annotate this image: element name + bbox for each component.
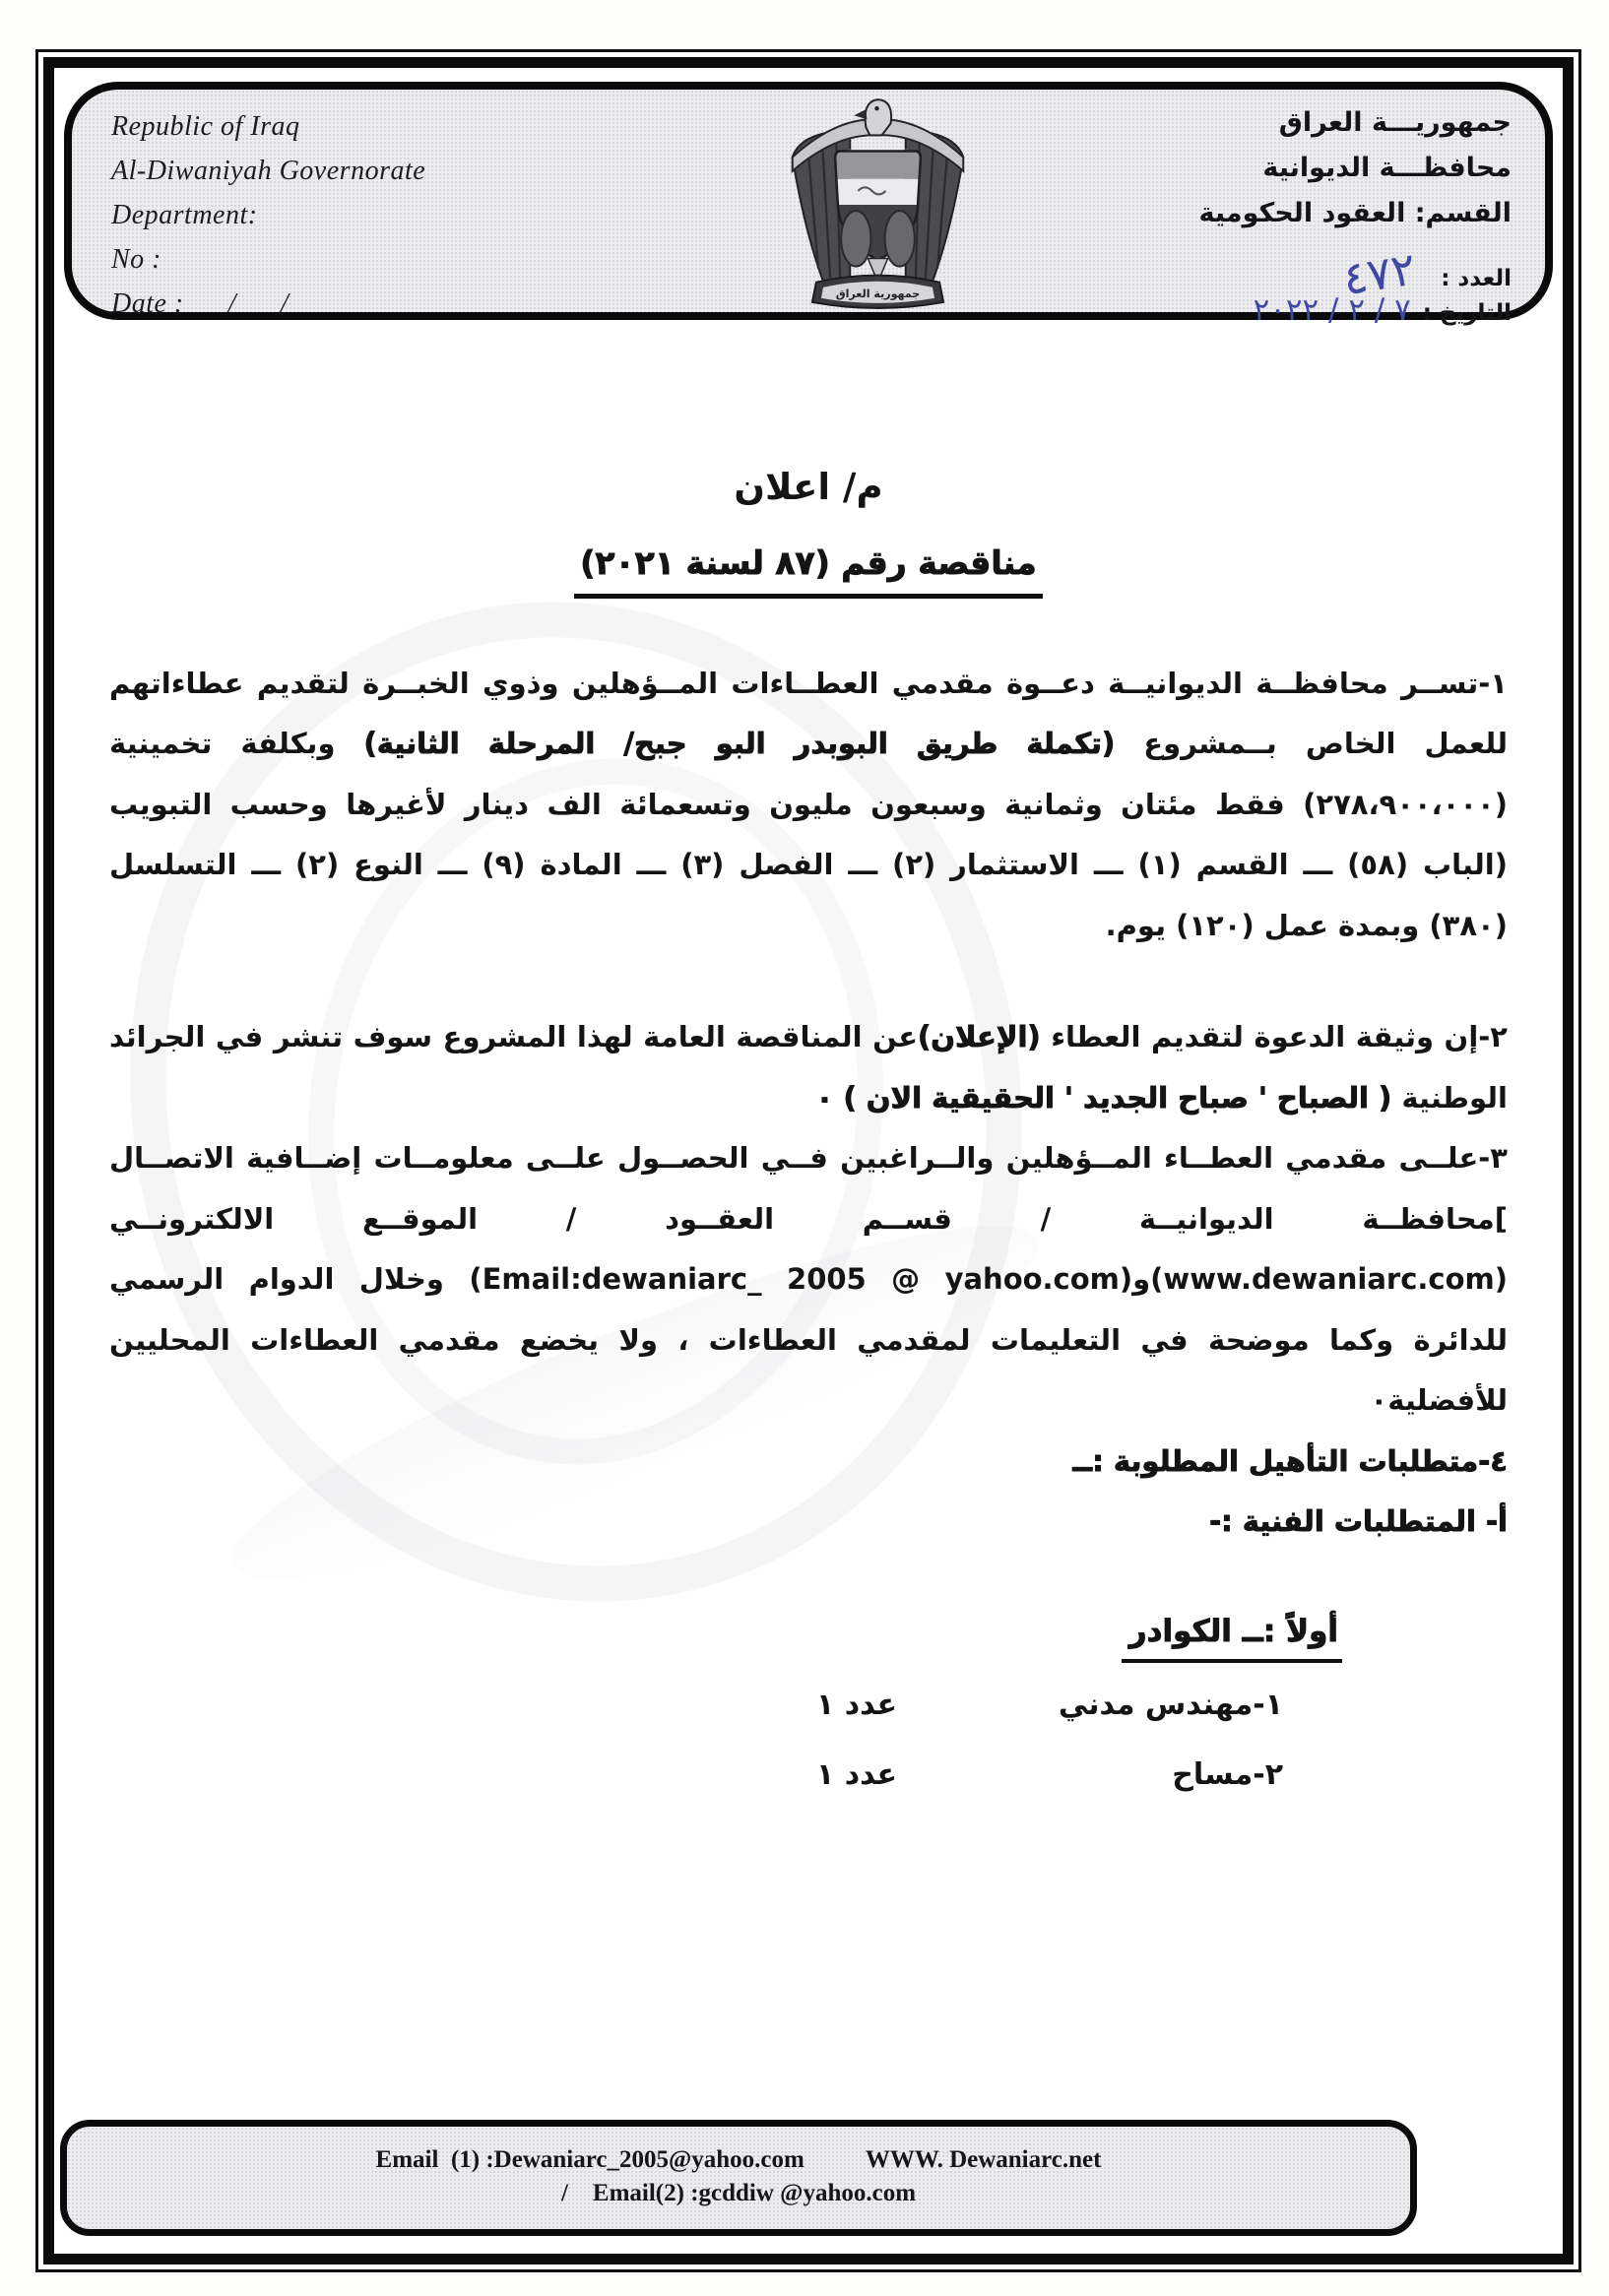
cadre-count: عدد ١ xyxy=(816,1677,897,1733)
document-body: م/ اعلان مناقصة رقم (٨٧ لسنة ٢٠٢١) ١-تسـ… xyxy=(54,466,1563,1803)
document-date-line: التاريخ :٧ / ٢ / ٢٠٢٢ xyxy=(984,292,1512,336)
outer-frame: Republic of Iraq Al-Diwaniyah Governorat… xyxy=(35,49,1581,2272)
paragraph-2: ٢-إن وثيقة الدعوة لتقديم العطاء (الإعلان… xyxy=(109,1007,1508,1128)
footer-email-1: Email (1) :Dewaniarc_2005@yahoo.com xyxy=(376,2146,804,2173)
letterhead-box: Republic of Iraq Al-Diwaniyah Governorat… xyxy=(64,82,1553,320)
letterhead-country-ar: جمهوريـــة العراق xyxy=(984,107,1512,138)
iraq-eagle-emblem: جمهورية العراق xyxy=(777,92,979,316)
letterhead-country-en: Republic of Iraq xyxy=(111,111,772,143)
document-number-line: العدد :٤٧٢ xyxy=(984,243,1512,287)
paragraph-3: ٣-علــى مقدمي العطــاء المــؤهلين والــر… xyxy=(109,1128,1508,1431)
scanned-document-page: Republic of Iraq Al-Diwaniyah Governorat… xyxy=(0,0,1609,2296)
technical-requirements-line: أ- المتطلبات الفنية :- xyxy=(109,1492,1508,1552)
cadre-row: ١-مهندس مدني عدد ١ xyxy=(109,1677,1508,1733)
handwritten-document-number: ٤٧٢ xyxy=(1339,241,1420,305)
paragraph-1: ١-تســر محافظــة الديوانيــة دعــوة مقدم… xyxy=(109,654,1508,956)
cadres-heading-wrap: أولاً :ــ الكوادر xyxy=(109,1614,1508,1663)
footer-gap xyxy=(804,2146,866,2173)
text-segment: ‎(Email:dewaniarc_ 2005 @ yahoo.com)‎ xyxy=(469,1262,1132,1296)
text-segment: (تكملة طريق البوبدر البو جبح/ المرحلة ال… xyxy=(364,727,1116,760)
text-segment: و xyxy=(1132,1262,1150,1296)
text-segment: ٣-علــى مقدمي العطــاء المــؤهلين والــر… xyxy=(109,1141,1508,1235)
footer-line-2: / Email(2) :gcddiw @yahoo.com xyxy=(87,2180,1390,2207)
cadres-heading: أولاً :ــ الكوادر xyxy=(1122,1614,1342,1663)
document-date-label: التاريخ : xyxy=(1423,300,1512,326)
letterhead-date-en: Date : / / xyxy=(111,288,772,320)
letterhead-number-en: No : xyxy=(111,244,772,276)
footer-box: Email (1) :Dewaniarc_2005@yahoo.com WWW.… xyxy=(60,2120,1417,2236)
arabic-letterhead: جمهوريـــة العراق محافظـــة الديوانية ال… xyxy=(984,105,1512,302)
english-letterhead: Republic of Iraq Al-Diwaniyah Governorat… xyxy=(111,105,772,302)
cadre-role: ١-مهندس مدني xyxy=(897,1677,1283,1733)
footer-website: WWW. Dewaniarc.net xyxy=(866,2146,1102,2173)
tender-line-wrap: مناقصة رقم (٨٧ لسنة ٢٠٢١) xyxy=(109,543,1508,599)
inner-frame: Republic of Iraq Al-Diwaniyah Governorat… xyxy=(43,57,1574,2264)
footer-line-1: Email (1) :Dewaniarc_2005@yahoo.com WWW.… xyxy=(87,2146,1390,2174)
qualification-requirements-line: ٤-متطلبات التأهيل المطلوبة :ــ xyxy=(109,1432,1508,1492)
letterhead-department-en: Department: xyxy=(111,200,772,231)
emblem-banner-text: جمهورية العراق xyxy=(835,287,920,300)
emblem-container: جمهورية العراق xyxy=(772,105,984,302)
tender-number-line: مناقصة رقم (٨٧ لسنة ٢٠٢١) xyxy=(574,543,1042,599)
cadre-row: ٢-مساح عدد ١ xyxy=(109,1747,1508,1803)
letterhead-governorate-en: Al-Diwaniyah Governorate xyxy=(111,156,772,187)
footer-email-2: / Email(2) :gcddiw @yahoo.com xyxy=(561,2180,916,2206)
subject-line: م/ اعلان xyxy=(109,466,1508,508)
document-number-label: العدد : xyxy=(1441,266,1512,291)
text-segment: ٢-إن وثيقة الدعوة لتقديم العطاء xyxy=(1041,1020,1508,1053)
letterhead-governorate-ar: محافظـــة الديوانية xyxy=(984,153,1512,183)
cadre-role: ٢-مساح xyxy=(897,1747,1283,1803)
text-segment: (الإعلان) xyxy=(918,1020,1041,1053)
cadre-count: عدد ١ xyxy=(816,1747,897,1803)
text-segment: ( الصباح ' صباح الجديد ' الحقيقية الان )… xyxy=(816,1081,1392,1115)
text-segment: ‎(www.dewaniarc.com)‎ xyxy=(1150,1262,1508,1296)
letterhead-section-ar: القسم: العقود الحكومية xyxy=(984,198,1512,228)
